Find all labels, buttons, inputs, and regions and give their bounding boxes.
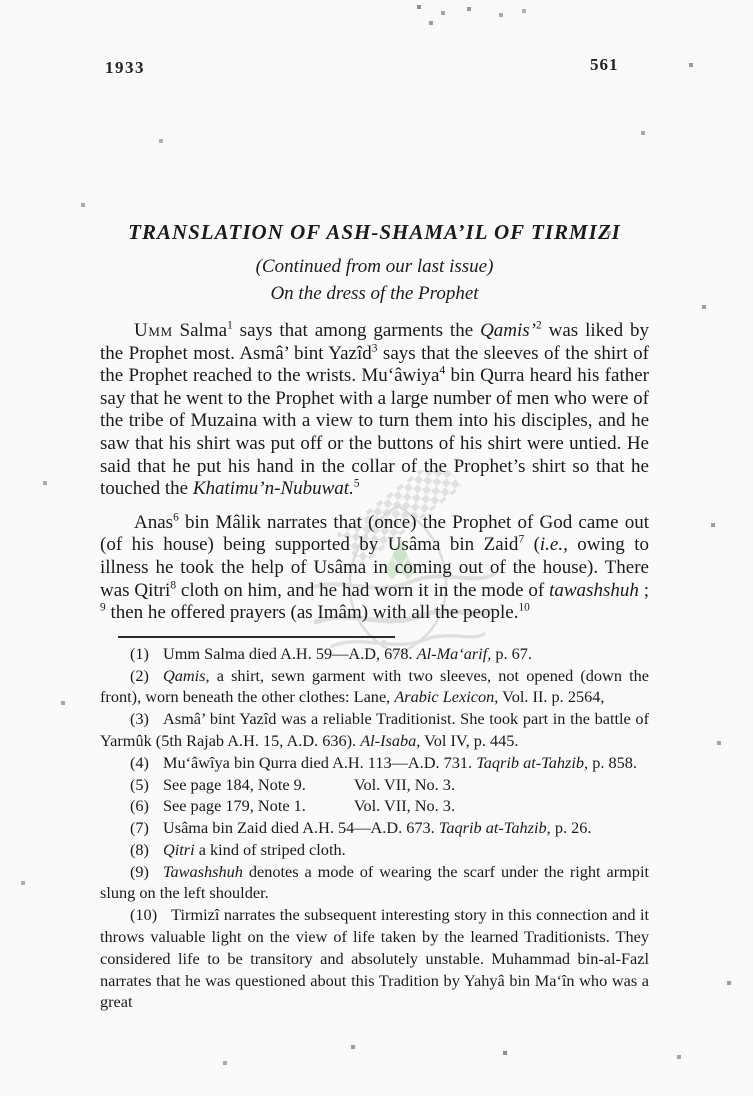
footnote-6: (6)See page 179, Note 1.Vol. VII, No. 3.	[100, 795, 649, 817]
footnote-10: (10)Tirmizî narrates the subsequent inte…	[100, 904, 649, 1013]
footnote-7: (7)Usâma bin Zaid died A.H. 54—A.D. 673.…	[100, 817, 649, 839]
footnote-3: (3)Asmâ’ bint Yazîd was a reliable Tradi…	[100, 708, 649, 752]
section-heading: On the dress of the Prophet	[100, 283, 649, 305]
footnote-separator	[118, 636, 395, 638]
scan-noise	[0, 0, 2, 2]
paragraph-umm-salma: Umm Salma1 says that among garments the …	[100, 320, 649, 501]
article-content: TRANSLATION OF ASH-SHAMA’IL OF TIRMIZI (…	[100, 220, 649, 1013]
scanned-journal-page: 1933 561	[0, 0, 753, 1096]
article-title: TRANSLATION OF ASH-SHAMA’IL OF TIRMIZI	[100, 220, 649, 245]
footnote-9: (9)Tawashshuh denotes a mode of wearing …	[100, 861, 649, 905]
header-page-number: 561	[590, 55, 619, 75]
footnote-2: (2)Qamis, a shirt, sewn garment with two…	[100, 665, 649, 709]
paragraph-anas-bin-malik: Anas6 bin Mâlik narrates that (once) the…	[100, 512, 649, 625]
footnote-8: (8)Qitri a kind of striped cloth.	[100, 839, 649, 861]
footnote-4: (4)Mu‘âwîya bin Qurra died A.H. 113—A.D.…	[100, 752, 649, 774]
footnotes-block: (1)Umm Salma died A.H. 59—A.D, 678. Al-M…	[100, 643, 649, 1014]
footnote-5: (5)See page 184, Note 9.Vol. VII, No. 3.	[100, 774, 649, 796]
header-year: 1933	[105, 58, 145, 78]
continuation-note: (Continued from our last issue)	[100, 256, 649, 278]
footnote-1: (1)Umm Salma died A.H. 59—A.D, 678. Al-M…	[100, 643, 649, 665]
